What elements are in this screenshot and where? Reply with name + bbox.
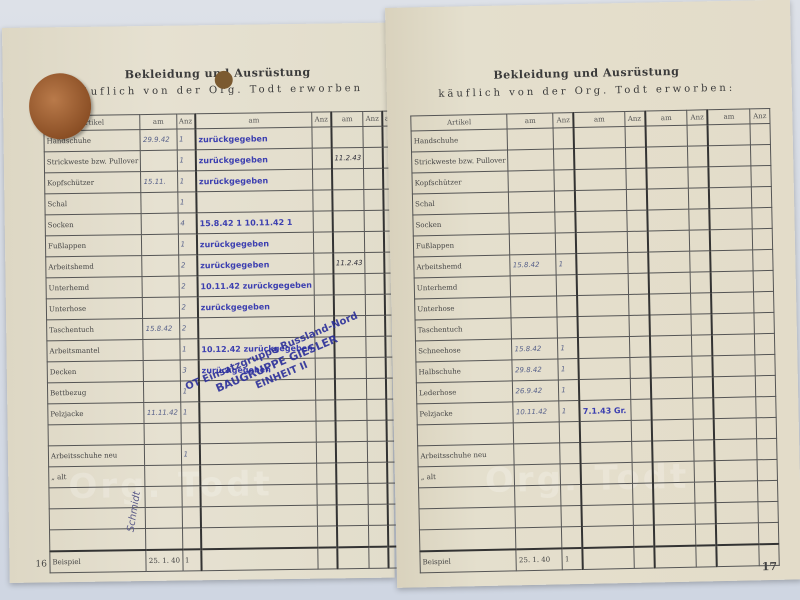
date-cell (515, 506, 561, 528)
qty-cell (364, 168, 383, 189)
date-cell (508, 149, 554, 171)
qty-cell-text: 1 (182, 345, 187, 353)
qty-cell (692, 356, 713, 377)
qty-cell (691, 314, 712, 335)
note-cell (200, 442, 317, 465)
note-cell (574, 148, 625, 170)
date-cell (332, 168, 365, 189)
qty-cell (756, 438, 777, 459)
date-cell (142, 234, 178, 256)
note-cell (201, 505, 318, 528)
artikel-cell: Unterhemd (414, 276, 511, 299)
date-cell-text: 29.9.42 (143, 136, 170, 144)
qty-cell-text: 2 (181, 261, 186, 269)
qty-cell (316, 379, 335, 400)
date-cell (145, 444, 181, 466)
artikel-cell: „ alt (418, 465, 515, 488)
date-cell (712, 313, 755, 335)
date-cell (709, 187, 752, 209)
example-qty: 1 (562, 548, 583, 570)
qty-cell (557, 296, 578, 317)
artikel-cell: Arbeitsschuhe neu (48, 445, 145, 467)
artikel-cell-text: Fußlappen (416, 242, 454, 251)
qty-cell: 1 (559, 401, 580, 422)
artikel-cell: Halbschuhe (416, 360, 513, 383)
qty-cell (314, 253, 333, 274)
date-cell (651, 398, 694, 420)
col-am: am (507, 113, 553, 129)
col-am: am (574, 112, 625, 128)
qty-cell (556, 233, 577, 254)
qty-cell (688, 146, 709, 167)
qty-cell (313, 148, 332, 169)
note-cell (581, 483, 632, 505)
note-cell (199, 421, 316, 444)
date-cell: 29.8.42 (512, 359, 558, 381)
artikel-cell: Schal (45, 193, 142, 215)
right-ledger-table: Artikel am Anz am Anz am Anz am Anz Hand… (410, 108, 780, 573)
date-cell (650, 377, 693, 399)
date-cell (649, 314, 692, 336)
date-cell (332, 210, 365, 231)
empty-cell (369, 547, 388, 569)
artikel-cell-text: Arbeitsschuhe neu (51, 451, 117, 460)
qty-cell (367, 420, 386, 441)
qty-cell-text: 1 (562, 407, 567, 415)
qty-cell: 1 (559, 380, 580, 401)
date-cell (335, 378, 368, 399)
note-cell (578, 315, 629, 337)
artikel-cell-text: Lederhose (419, 389, 456, 398)
qty-cell-text: 1 (559, 260, 564, 268)
qty-cell (754, 312, 775, 333)
note-cell (576, 210, 627, 232)
date-cell (646, 167, 689, 189)
note-cell (579, 378, 630, 400)
qty-cell: 1 (181, 444, 200, 465)
qty-cell (758, 501, 779, 522)
date-cell (715, 481, 758, 503)
qty-cell (314, 232, 333, 253)
date-cell (146, 528, 182, 550)
date-cell (509, 191, 555, 213)
col-anz: Anz (750, 108, 770, 123)
qty-cell (181, 423, 200, 444)
artikel-cell-text: Arbeitsmantel (49, 347, 99, 356)
right-page-title: Bekleidung und Ausrüstung (406, 63, 766, 84)
artikel-cell-text: Unterhemd (417, 284, 458, 293)
qty-cell (757, 459, 778, 480)
qty-cell: 1 (177, 150, 196, 171)
qty-cell (693, 398, 714, 419)
example-date: 25. 1. 40 (516, 548, 562, 570)
qty-cell (695, 482, 716, 503)
date-cell: 15.11. (141, 171, 177, 193)
artikel-cell: Fußlappen (413, 234, 510, 257)
artikel-cell: Unterhose (46, 298, 143, 320)
qty-cell-text: 1 (180, 177, 185, 185)
qty-cell (633, 525, 654, 547)
date-cell (646, 146, 689, 168)
date-cell (331, 126, 364, 147)
note-cell: zurückgegeben (197, 232, 314, 255)
artikel-cell-text: Taschentuch (418, 325, 463, 334)
artikel-cell (48, 424, 145, 446)
qty-cell (629, 336, 650, 357)
qty-cell (317, 463, 336, 484)
qty-cell (555, 191, 576, 212)
artikel-cell: Socken (413, 213, 510, 236)
date-cell (141, 192, 177, 214)
date-cell-text: 15.8.42 (146, 325, 173, 333)
qty-cell (364, 147, 383, 168)
qty-cell-text: 3 (182, 366, 187, 374)
artikel-cell: „ alt (49, 466, 146, 488)
artikel-cell-text: Pelzjacke (50, 410, 83, 418)
qty-cell-text: 2 (181, 282, 186, 290)
qty-cell (182, 528, 201, 550)
date-cell (142, 255, 178, 277)
col-anz: Anz (624, 111, 645, 126)
col-am: am (645, 110, 687, 126)
qty-cell (628, 294, 649, 315)
date-cell (144, 423, 180, 445)
qty-cell (364, 210, 383, 231)
artikel-cell: Pelzjacke (48, 403, 145, 425)
empty-cell (654, 546, 697, 568)
artikel-cell: Strickweste bzw. Pullover (412, 150, 509, 173)
qty-cell: 2 (179, 318, 198, 339)
qty-cell (629, 315, 650, 336)
note-cell: 15.8.42 1 10.11.42 1 (196, 211, 313, 234)
note-cell-text: zurückgegeben (199, 176, 268, 186)
date-cell (652, 440, 695, 462)
qty-cell (695, 503, 716, 524)
date-cell (647, 230, 690, 252)
left-page: Org. Todt Bekleidung und Ausrüstung käuf… (2, 23, 395, 583)
note-cell-text: zurückgegeben (198, 134, 267, 144)
qty-cell (690, 272, 711, 293)
punch-hole (215, 71, 233, 89)
date-cell (712, 334, 755, 356)
note-cell (575, 189, 626, 211)
qty-cell (626, 189, 647, 210)
date-cell (336, 483, 369, 504)
empty-cell (583, 547, 634, 570)
note-cell: zurückgegeben (196, 169, 313, 192)
artikel-cell-text: Strickweste bzw. Pullover (47, 157, 139, 166)
col-am: am (140, 114, 176, 130)
artikel-cell: Taschentuch (415, 318, 512, 341)
note-cell (574, 127, 625, 149)
artikel-cell: Decken (47, 361, 144, 383)
qty-cell (756, 417, 777, 438)
col-anz: Anz (553, 113, 574, 128)
note-cell-text: 7.1.43 Gr. (583, 406, 627, 416)
qty-cell (318, 526, 337, 548)
qty-cell: 2 (179, 297, 198, 318)
qty-cell (364, 189, 383, 210)
date-cell (142, 276, 178, 298)
date-cell: 15.8.42 (510, 254, 556, 276)
artikel-cell-text: Taschentuch (49, 326, 94, 335)
date-cell (713, 355, 756, 377)
date-cell (710, 250, 753, 272)
example-qty: 1 (182, 549, 201, 571)
artikel-cell: Unterhemd (46, 277, 143, 299)
qty-cell (313, 190, 332, 211)
artikel-cell-text: Arbeitshemd (416, 262, 462, 271)
artikel-cell-text: Fußlappen (48, 242, 86, 251)
qty-cell (367, 399, 386, 420)
artikel-cell-text: Unterhose (417, 305, 454, 314)
right-page: Org. Todt Bekleidung und Ausrüstung käuf… (385, 0, 800, 588)
qty-cell (750, 123, 771, 144)
qty-cell (689, 188, 710, 209)
right-page-subtitle: käuflich von der Org. Todt erworben: (407, 82, 767, 101)
qty-cell (751, 165, 772, 186)
note-cell-text: 10.11.42 zurückgegeben (200, 280, 312, 291)
artikel-cell (419, 486, 516, 509)
qty-cell (368, 441, 387, 462)
empty-cell (696, 545, 717, 567)
qty-cell-text: 1 (560, 344, 565, 352)
note-cell-text: zurückgegeben (200, 260, 269, 270)
note-cell-text: zurückgegeben (201, 302, 270, 312)
empty-cell (318, 547, 337, 569)
date-cell (514, 443, 560, 465)
date-cell (652, 461, 695, 483)
note-cell (579, 357, 630, 379)
qty-cell: 1 (177, 171, 196, 192)
date-cell-text: 15.8.42 (513, 261, 540, 270)
artikel-cell: Pelzjacke (417, 402, 514, 425)
artikel-cell-text: Bettbezug (50, 389, 86, 398)
date-cell (335, 420, 368, 441)
qty-cell (316, 421, 335, 442)
artikel-cell-text: Kopfschützer (415, 178, 462, 187)
example-label: Beispiel (420, 549, 517, 573)
qty-cell (366, 357, 385, 378)
qty-cell (560, 463, 581, 484)
qty-cell (314, 274, 333, 295)
qty-cell: 4 (178, 213, 197, 234)
qty-cell (628, 273, 649, 294)
date-cell (333, 273, 366, 294)
date-cell-text: 11.2.43 (336, 259, 363, 267)
date-cell (649, 293, 692, 315)
qty-cell (692, 335, 713, 356)
qty-cell (368, 504, 387, 525)
date-cell (646, 188, 689, 210)
note-cell (581, 462, 632, 484)
date-cell: 15.8.42 (512, 338, 558, 360)
date-cell (648, 272, 691, 294)
artikel-cell-text: Schal (415, 200, 435, 208)
note-cell (201, 526, 318, 549)
artikel-cell: Unterhose (415, 297, 512, 320)
qty-cell (757, 480, 778, 501)
qty-cell (365, 252, 384, 273)
date-cell (507, 128, 553, 150)
qty-cell (556, 275, 577, 296)
artikel-cell-text: Schneehose (418, 346, 461, 355)
qty-cell (557, 317, 578, 338)
artikel-cell: Socken (45, 214, 142, 236)
col-anz: Anz (176, 114, 195, 129)
date-cell-text: 15.11. (144, 178, 166, 186)
date-cell: 15.8.42 (143, 318, 179, 340)
artikel-cell (419, 528, 516, 552)
qty-cell (562, 526, 583, 548)
date-cell (336, 504, 369, 525)
date-cell (144, 360, 180, 382)
date-cell (650, 335, 693, 357)
qty-cell (755, 354, 776, 375)
date-cell (337, 525, 370, 547)
qty-cell (555, 212, 576, 233)
qty-cell (755, 375, 776, 396)
qty-cell (553, 128, 574, 149)
qty-cell (631, 420, 652, 441)
qty-cell (627, 231, 648, 252)
artikel-cell: Schneehose (415, 339, 512, 362)
date-cell (142, 213, 178, 235)
artikel-cell-text: Handschuhe (414, 136, 459, 145)
qty-cell-text: 1 (179, 156, 184, 164)
qty-cell (687, 125, 708, 146)
empty-cell (337, 547, 370, 569)
qty-cell (365, 231, 384, 252)
col-am: am (707, 109, 749, 125)
date-cell (143, 339, 179, 361)
artikel-cell-text: Socken (415, 221, 441, 230)
qty-cell (689, 230, 710, 251)
qty-cell (363, 126, 382, 147)
date-cell (714, 439, 757, 461)
qty-cell (367, 378, 386, 399)
col-anz: Anz (687, 110, 708, 125)
qty-cell (317, 484, 336, 505)
artikel-cell: Arbeitsmantel (47, 340, 144, 362)
empty-cell (633, 546, 654, 568)
qty-cell: 2 (178, 255, 197, 276)
date-cell: 11.2.43 (333, 252, 366, 273)
date-cell-text: 11.11.42 (147, 409, 178, 417)
artikel-cell: Lederhose (416, 381, 513, 404)
qty-cell (632, 483, 653, 504)
note-cell (577, 252, 628, 274)
date-cell (334, 357, 367, 378)
date-cell (145, 486, 181, 508)
qty-cell (316, 400, 335, 421)
date-cell (715, 460, 758, 482)
example-label: Beispiel (50, 550, 147, 573)
qty-cell-text: 4 (180, 219, 185, 227)
note-cell-text: 15.8.42 1 10.11.42 1 (200, 217, 293, 227)
qty-cell: 1 (179, 339, 198, 360)
qty-cell (561, 484, 582, 505)
qty-cell: 1 (177, 129, 196, 150)
qty-cell (753, 249, 774, 270)
qty-cell (554, 170, 575, 191)
qty-cell: 1 (558, 359, 579, 380)
col-am: am (331, 111, 363, 126)
empty-cell (201, 548, 318, 571)
note-cell (582, 525, 633, 548)
date-cell (515, 464, 561, 486)
date-cell (647, 209, 690, 231)
qty-cell (313, 211, 332, 232)
date-cell (711, 271, 754, 293)
note-cell: zurückgegeben (197, 253, 314, 276)
qty-cell (365, 273, 384, 294)
col-am: am (195, 112, 312, 129)
qty-cell-text: 1 (181, 240, 186, 248)
date-cell (514, 422, 560, 444)
qty-cell (312, 127, 331, 148)
date-cell: 29.9.42 (140, 129, 176, 151)
qty-cell (315, 295, 334, 316)
qty-cell (753, 291, 774, 312)
date-cell (335, 399, 368, 420)
artikel-cell: Arbeitshemd (46, 256, 143, 278)
qty-cell-text: 2 (182, 324, 187, 332)
qty-cell (691, 293, 712, 314)
note-cell (580, 420, 631, 442)
artikel-cell-text: Strickweste bzw. Pullover (414, 157, 506, 167)
date-cell (713, 376, 756, 398)
qty-cell (313, 169, 332, 190)
note-cell (577, 273, 628, 295)
date-cell (510, 233, 556, 255)
date-cell (714, 397, 757, 419)
artikel-cell: Schal (412, 192, 509, 215)
qty-cell (626, 210, 647, 231)
date-cell (332, 189, 365, 210)
date-cell (716, 502, 759, 524)
qty-cell (693, 419, 714, 440)
qty-cell (369, 525, 388, 547)
date-cell (515, 485, 561, 507)
date-cell-text: 10.11.42 (516, 408, 547, 417)
qty-cell (750, 144, 771, 165)
note-cell-text: zurückgegeben (199, 155, 268, 165)
qty-cell (317, 442, 336, 463)
date-cell (651, 419, 694, 441)
qty-cell-text: 1 (179, 135, 184, 143)
qty-cell: 1 (177, 192, 196, 213)
qty-cell (694, 461, 715, 482)
date-cell (141, 150, 177, 172)
date-cell (508, 170, 554, 192)
example-row: Beispiel25. 1. 401 (50, 546, 423, 573)
qty-cell: 2 (179, 276, 198, 297)
date-cell (710, 229, 753, 251)
artikel-cell-text: Unterhose (49, 305, 86, 314)
qty-cell (625, 147, 646, 168)
artikel-cell: Arbeitsschuhe neu (418, 444, 515, 467)
date-cell (511, 317, 557, 339)
qty-cell (182, 507, 201, 528)
qty-cell (752, 207, 773, 228)
qty-cell (752, 228, 773, 249)
qty-cell (693, 377, 714, 398)
page-number-left: 16 (35, 559, 47, 569)
qty-cell (690, 251, 711, 272)
date-cell-text: 29.8.42 (515, 366, 542, 375)
qty-cell-text: 1 (561, 365, 566, 373)
